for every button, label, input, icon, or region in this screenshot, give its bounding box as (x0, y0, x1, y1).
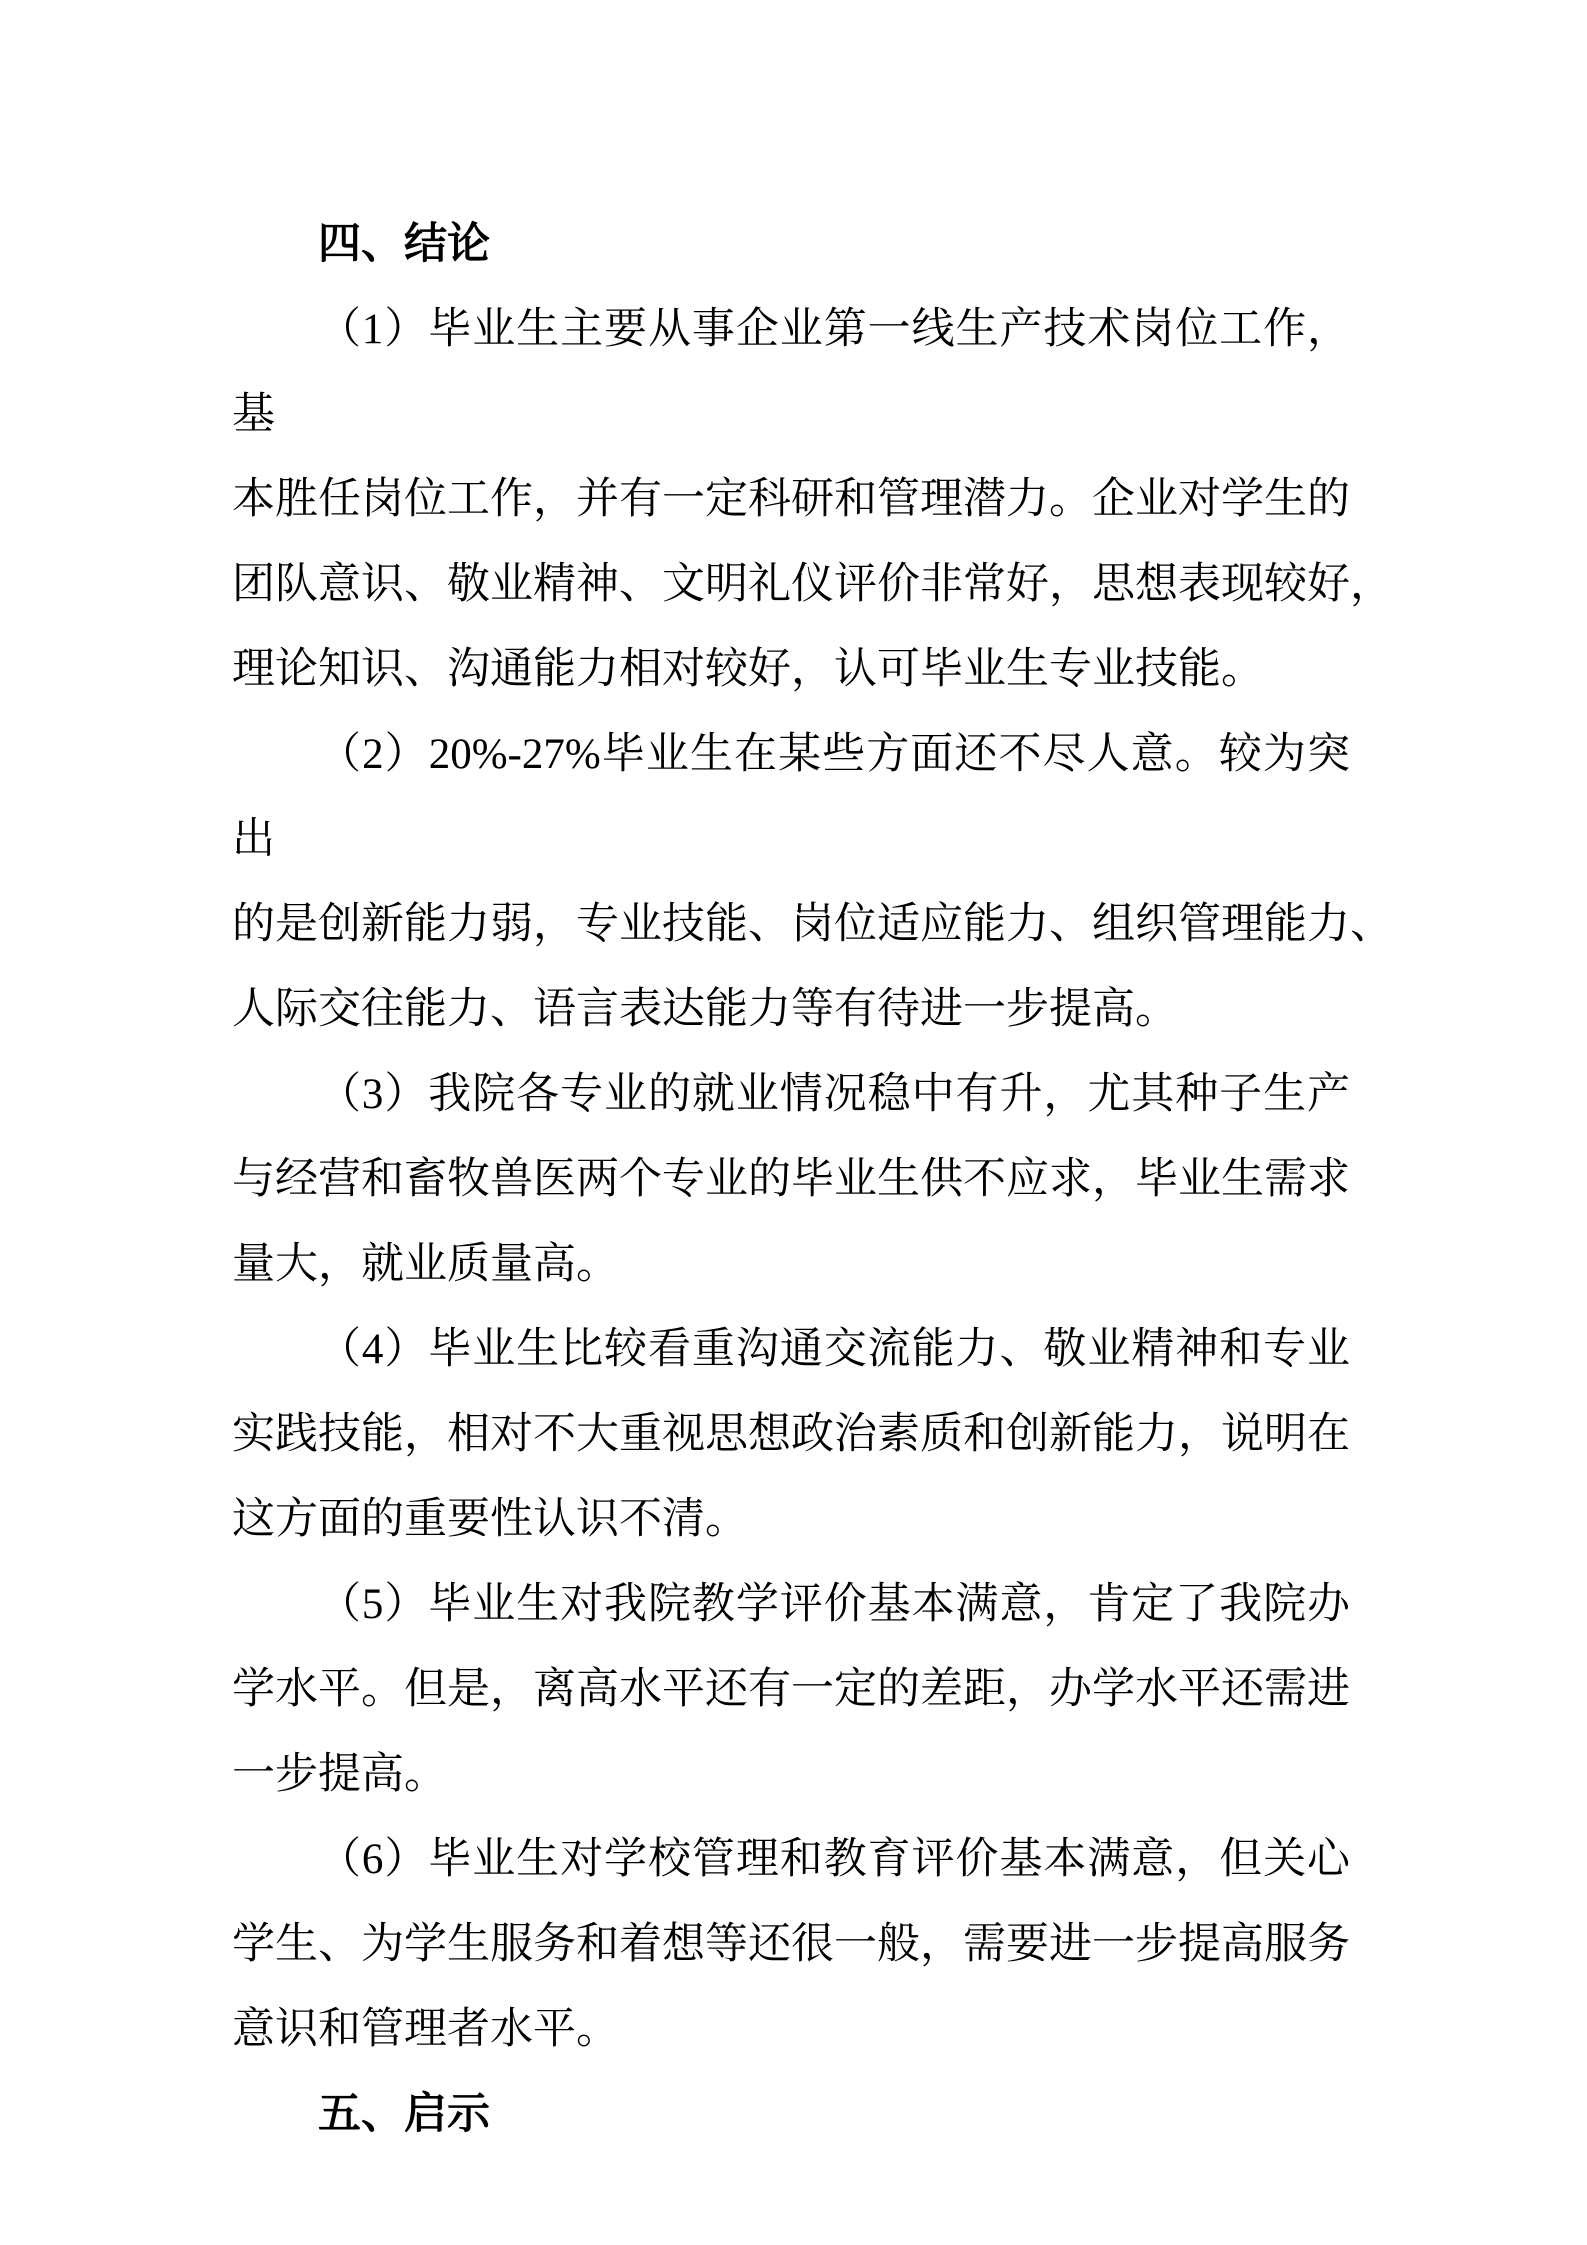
text-line: 本胜任岗位工作，并有一定科研和管理潜力。企业对学生的 (232, 457, 1350, 542)
text-line: 意识和管理者水平。 (232, 1987, 1350, 2072)
paragraph: （2）20%-27%毕业生在某些方面还不尽人意。较为突出的是创新能力弱，专业技能… (232, 712, 1350, 1052)
text-line: 一步提高。 (232, 1732, 1350, 1817)
paragraph: （1）毕业生主要从事企业第一线生产技术岗位工作，基本胜任岗位工作，并有一定科研和… (232, 287, 1350, 712)
text-line: 团队意识、敬业精神、文明礼仪评价非常好，思想表现较好， (232, 542, 1350, 627)
paragraph: （4）毕业生比较看重沟通交流能力、敬业精神和专业实践技能，相对不大重视思想政治素… (232, 1307, 1350, 1562)
text-line: （3）我院各专业的就业情况稳中有升，尤其种子生产 (232, 1052, 1350, 1137)
text-line: 这方面的重要性认识不清。 (232, 1477, 1350, 1562)
section-heading: 五、启示 (232, 2072, 1350, 2157)
text-line: 实践技能，相对不大重视思想政治素质和创新能力，说明在 (232, 1392, 1350, 1477)
text-line: 量大，就业质量高。 (232, 1222, 1350, 1307)
text-line: （5）毕业生对我院教学评价基本满意，肯定了我院办 (232, 1562, 1350, 1647)
text-line: 人际交往能力、语言表达能力等有待进一步提高。 (232, 967, 1350, 1052)
text-line: 学水平。但是，离高水平还有一定的差距，办学水平还需进 (232, 1647, 1350, 1732)
text-line: 的是创新能力弱，专业技能、岗位适应能力、组织管理能力、 (232, 882, 1350, 967)
text-line: 学生、为学生服务和着想等还很一般，需要进一步提高服务 (232, 1902, 1350, 1987)
document-body: 四、结论（1）毕业生主要从事企业第一线生产技术岗位工作，基本胜任岗位工作，并有一… (232, 202, 1350, 2157)
paragraph: （5）毕业生对我院教学评价基本满意，肯定了我院办学水平。但是，离高水平还有一定的… (232, 1562, 1350, 1817)
section-heading: 四、结论 (232, 202, 1350, 287)
text-line: 与经营和畜牧兽医两个专业的毕业生供不应求，毕业生需求 (232, 1137, 1350, 1222)
text-line: （6）毕业生对学校管理和教育评价基本满意，但关心 (232, 1817, 1350, 1902)
text-line: 理论知识、沟通能力相对较好，认可毕业生专业技能。 (232, 627, 1350, 712)
paragraph: （3）我院各专业的就业情况稳中有升，尤其种子生产与经营和畜牧兽医两个专业的毕业生… (232, 1052, 1350, 1307)
text-line: （4）毕业生比较看重沟通交流能力、敬业精神和专业 (232, 1307, 1350, 1392)
text-line: （2）20%-27%毕业生在某些方面还不尽人意。较为突出 (232, 712, 1350, 882)
text-line: （1）毕业生主要从事企业第一线生产技术岗位工作，基 (232, 287, 1350, 457)
paragraph: （6）毕业生对学校管理和教育评价基本满意，但关心学生、为学生服务和着想等还很一般… (232, 1817, 1350, 2072)
document-page: 四、结论（1）毕业生主要从事企业第一线生产技术岗位工作，基本胜任岗位工作，并有一… (0, 0, 1587, 2245)
